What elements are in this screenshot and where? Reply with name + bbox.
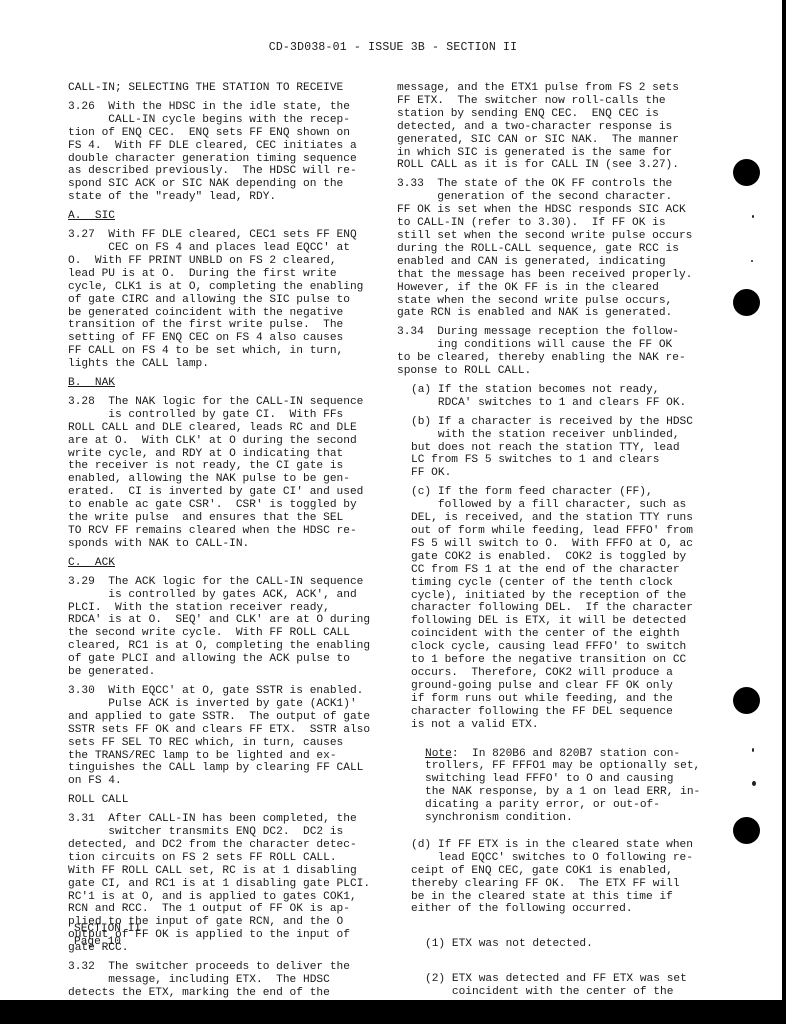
- binder-hole-icon: [733, 817, 760, 844]
- page-header: CD-3D038-01 - ISSUE 3B - SECTION II: [0, 42, 786, 55]
- footer-section: SECTION II: [74, 923, 141, 935]
- list-item-d: (d) If FF ETX is in the cleared state wh…: [397, 839, 707, 916]
- paragraph-3-32: 3.32 The switcher proceeds to deliver th…: [68, 961, 388, 1000]
- list-item-1: (1) ETX was not detected.: [397, 938, 707, 951]
- scan-edge-right: [782, 0, 786, 1000]
- scan-edge-bottom: [0, 1000, 786, 1024]
- list-item-b: (b) If a character is received by the HD…: [397, 416, 707, 481]
- section-heading-call-in: CALL-IN; SELECTING THE STATION TO RECEIV…: [68, 82, 388, 95]
- right-column: message, and the ETX1 pulse from FS 2 se…: [397, 82, 707, 1005]
- list-item-a: (a) If the station becomes not ready, RD…: [397, 384, 707, 410]
- scan-speck: [752, 781, 756, 786]
- note: Note: In 820B6 and 820B7 station con- tr…: [397, 748, 707, 825]
- paragraph-3-29: 3.29 The ACK logic for the CALL-IN seque…: [68, 576, 388, 679]
- binder-hole-icon: [733, 289, 760, 316]
- subheading-sic: A. SIC: [68, 210, 115, 223]
- paragraph-3-30: 3.30 With EQCC' at O, gate SSTR is enabl…: [68, 685, 388, 788]
- binder-hole-icon: [733, 687, 760, 714]
- list-item-c: (c) If the form feed character (FF), fol…: [397, 486, 707, 731]
- binder-hole-icon: [733, 159, 760, 186]
- scan-speck: [752, 748, 754, 752]
- note-text: : In 820B6 and 820B7 station con- trolle…: [425, 748, 700, 825]
- page-footer: SECTION II Page 10: [74, 923, 141, 948]
- subheading-ack: C. ACK: [68, 557, 115, 570]
- subheading-nak: B. NAK: [68, 377, 115, 390]
- scan-speck: [752, 215, 754, 218]
- left-column: CALL-IN; SELECTING THE STATION TO RECEIV…: [68, 82, 388, 1006]
- subheading-roll-call: ROLL CALL: [68, 794, 388, 807]
- list-item-2: (2) ETX was detected and FF ETX was set …: [397, 973, 707, 999]
- paragraph-3-26: 3.26 With the HDSC in the idle state, th…: [68, 101, 388, 204]
- paragraph-3-32-continued: message, and the ETX1 pulse from FS 2 se…: [397, 82, 707, 172]
- paragraph-3-33: 3.33 The state of the OK FF controls the…: [397, 178, 707, 320]
- footer-page-number: Page 10: [74, 936, 121, 948]
- paragraph-3-34: 3.34 During message reception the follow…: [397, 326, 707, 378]
- paragraph-3-28: 3.28 The NAK logic for the CALL-IN seque…: [68, 396, 388, 551]
- paragraph-3-27: 3.27 With FF DLE cleared, CEC1 sets FF E…: [68, 229, 388, 371]
- scan-speck: [751, 260, 753, 262]
- note-label: Note: [425, 748, 452, 760]
